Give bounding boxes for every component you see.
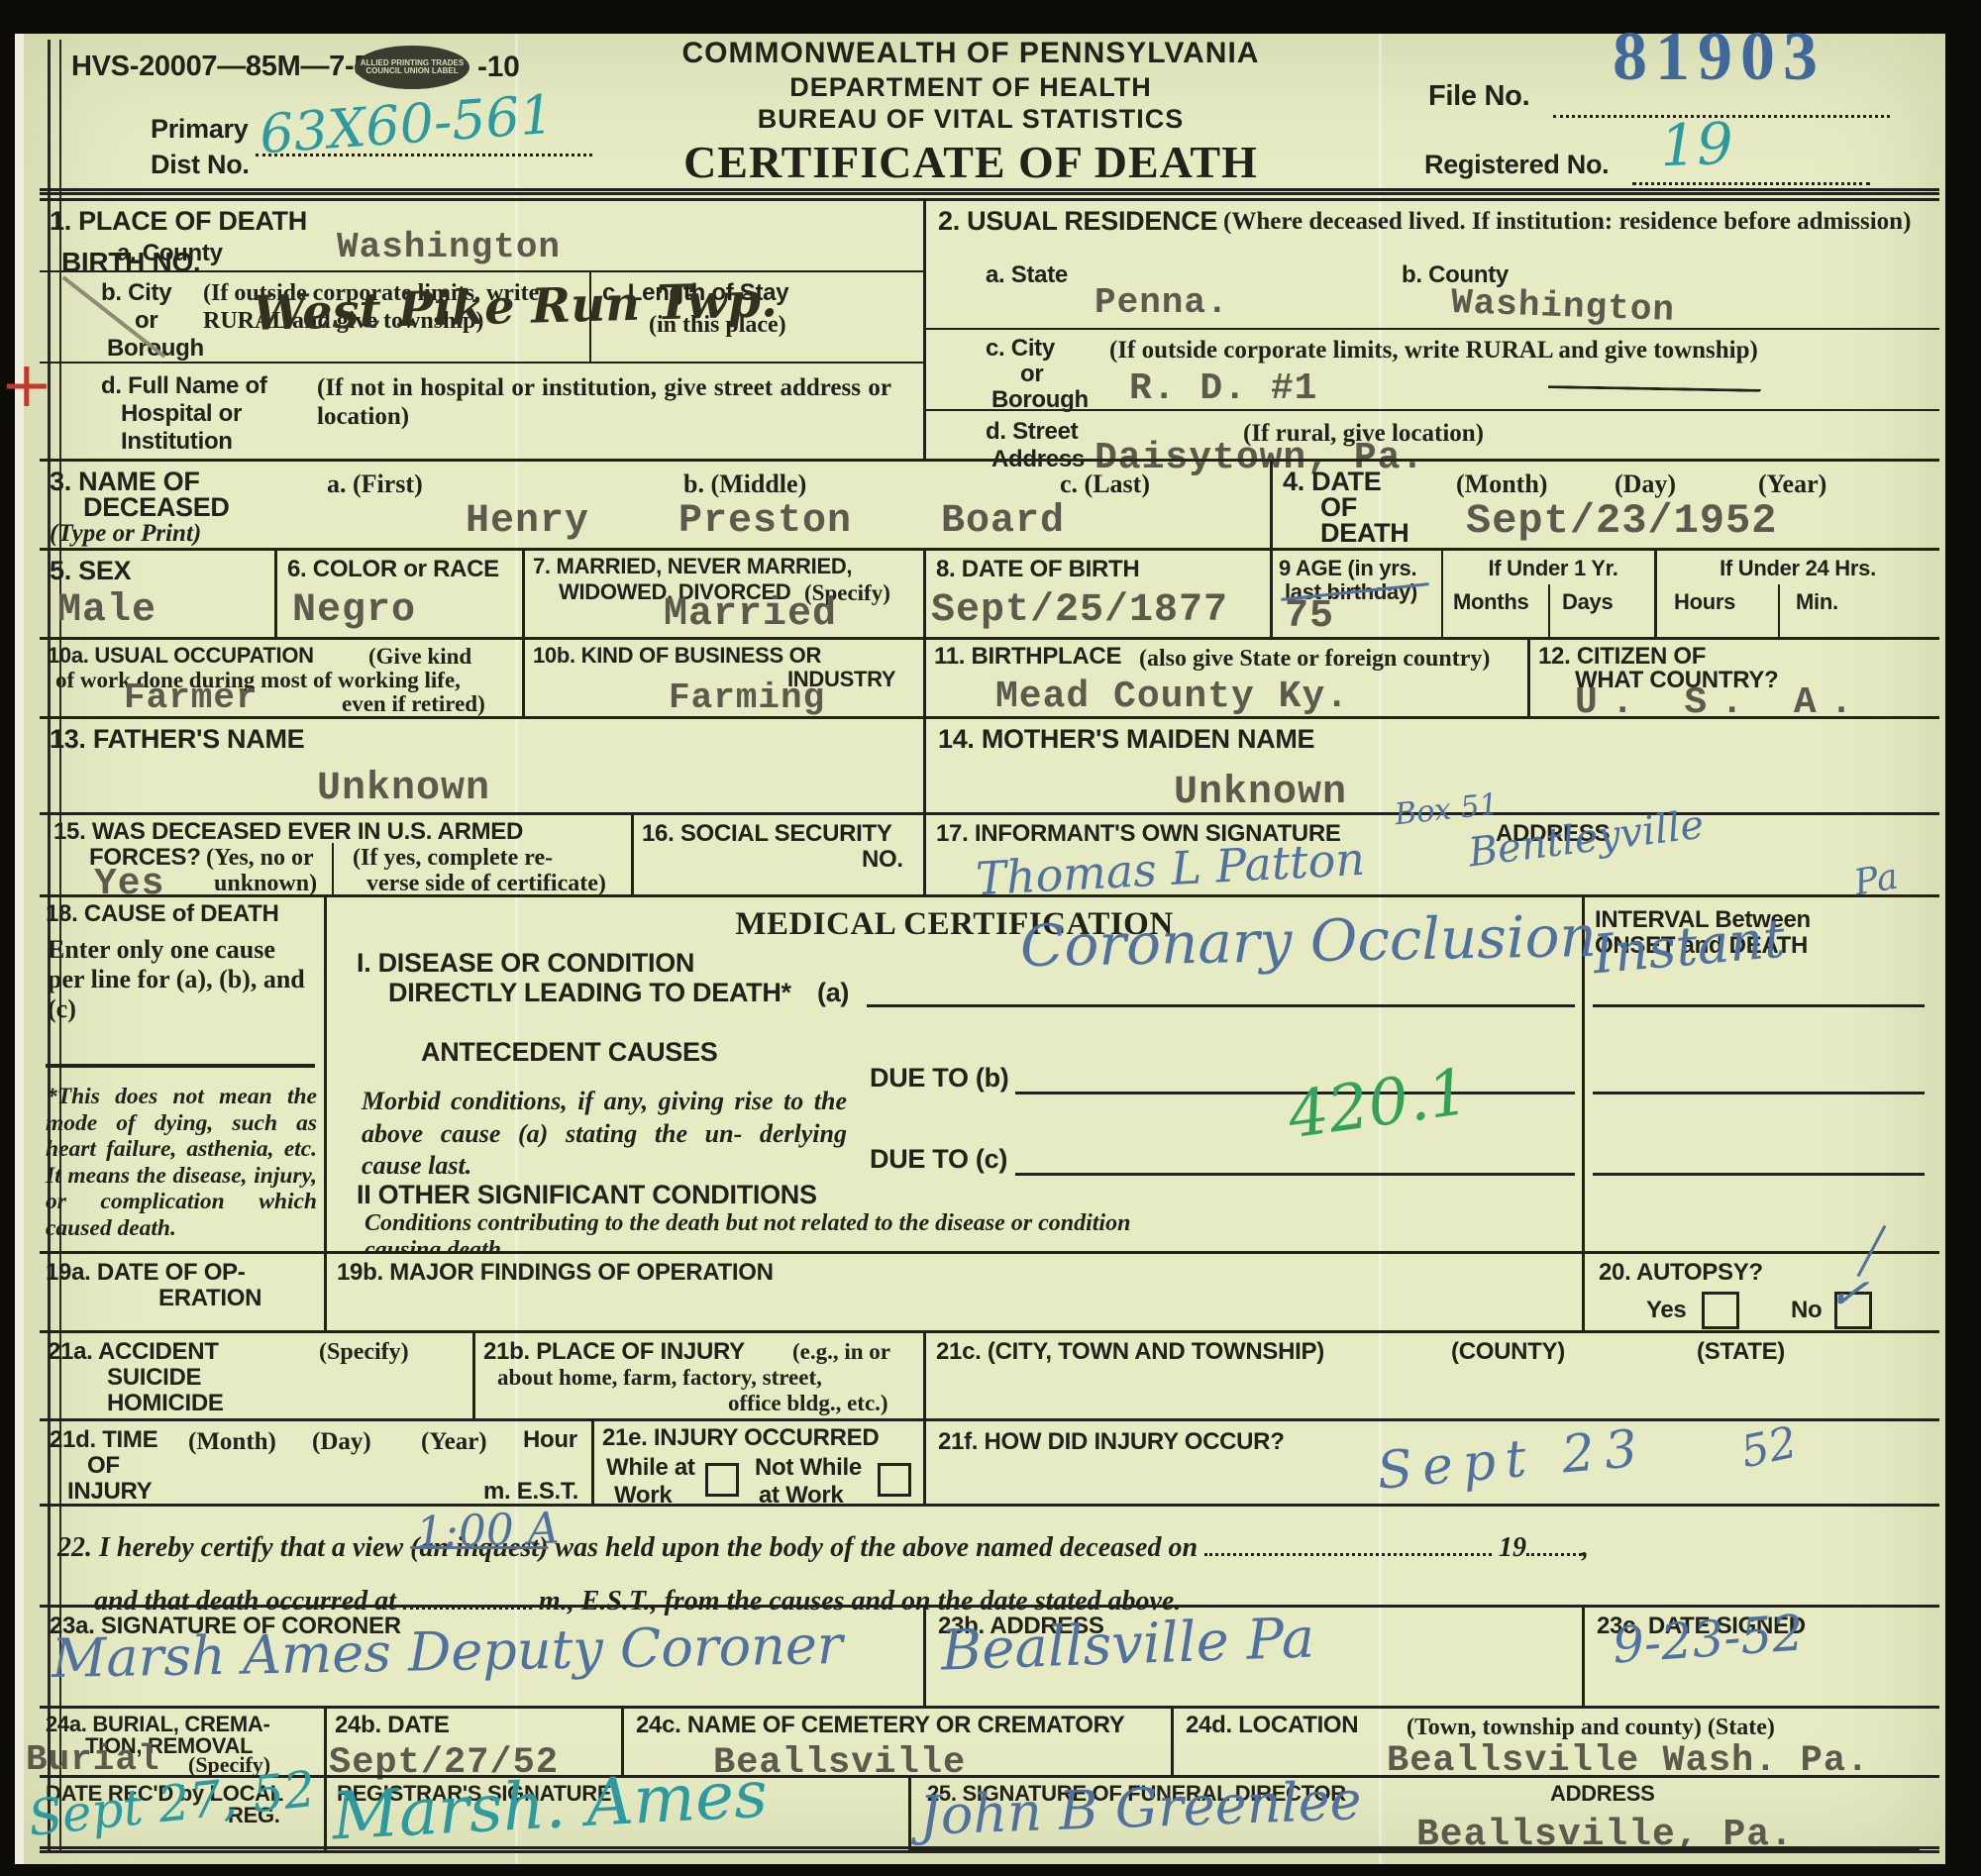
- s8-title: 8. DATE OF BIRTH: [936, 557, 1139, 581]
- section-1-place-of-death: 1. PLACE OF DEATH a. County Washington b…: [40, 201, 926, 459]
- section-20-autopsy: 20. AUTOPSY? Yes No: [1585, 1254, 1939, 1330]
- header-block: COMMONWEALTH OF PENNSYLVANIA DEPARTMENT …: [614, 38, 1327, 188]
- s18-divider: [46, 1064, 315, 1068]
- s10a-paren-1: (Give kind: [368, 644, 471, 671]
- file-no-dotted-line: [1553, 115, 1890, 118]
- s1-county-label: a. County: [117, 241, 223, 265]
- s21d-title-3: INJURY: [67, 1479, 152, 1504]
- s2-city-or: or: [1020, 362, 1043, 386]
- interval-column: INTERVAL Between ONSET and DEATH: [1585, 897, 1939, 1251]
- autopsy-yes-checkbox: [1702, 1292, 1739, 1329]
- section-16-ssn: 16. SOCIAL SECURITY NO.: [634, 815, 926, 894]
- medical-a-tag: (a): [817, 979, 849, 1007]
- s24d-paren: (Town, township and county) (State): [1407, 1715, 1775, 1742]
- header-line2: DEPARTMENT OF HEALTH: [614, 73, 1327, 102]
- s1-county-value: Washington: [337, 227, 561, 267]
- s7-title-1: 7. MARRIED, NEVER MARRIED,: [533, 555, 852, 577]
- s24a-specify: (Specify): [188, 1752, 270, 1778]
- band-sex-race-marital: 5. SEX Male 6. COLOR or RACE Negro 7. MA…: [40, 548, 1939, 637]
- header-line3: BUREAU OF VITAL STATISTICS: [614, 105, 1327, 134]
- s9-under-24hr-label: If Under 24 Hrs.: [1664, 557, 1931, 579]
- paper-edge: [15, 34, 24, 1864]
- section-5-sex: 5. SEX Male: [40, 551, 277, 637]
- section-21d-time-of-injury: 21d. TIME (Month) (Day) (Year) Hour OF I…: [40, 1421, 594, 1504]
- section-21b-place-of-injury: 21b. PLACE OF INJURY (e.g., in or about …: [475, 1333, 926, 1418]
- section-18-cause-of-death: 18. CAUSE of DEATH Enter only one cause …: [40, 897, 327, 1251]
- autopsy-no-checkbox: [1834, 1292, 1872, 1329]
- band-place-residence: 1. PLACE OF DEATH a. County Washington b…: [40, 198, 1939, 459]
- s18-note-1: Enter only one cause per line for (a), (…: [48, 935, 313, 1024]
- s6-value: Negro: [292, 588, 416, 633]
- s1-title: 1. PLACE OF DEATH: [50, 207, 307, 236]
- s21f-title: 21f. HOW DID INJURY OCCUR?: [938, 1429, 1285, 1454]
- date-received-label-2: REG.: [228, 1804, 280, 1826]
- medical-ii-label: II OTHER SIGNIFICANT CONDITIONS: [357, 1181, 817, 1209]
- band-name-dod: 3. NAME OF DECEASED (Type or Print) a. (…: [40, 459, 1939, 548]
- s21a-title-3: HOMICIDE: [107, 1391, 224, 1415]
- medical-a-line: [867, 1004, 1575, 1007]
- funeral-director-address-label: ADDRESS: [1550, 1782, 1654, 1805]
- s15-paren1a: (Yes, no or: [206, 845, 314, 873]
- section-24c-cemetery: 24c. NAME OF CEMETERY OR CREMATORY Beall…: [624, 1709, 1174, 1775]
- s24a-title-1: 24a. BURIAL, CREMA-: [46, 1713, 270, 1735]
- s21c-state-label: (STATE): [1697, 1339, 1785, 1364]
- medical-certification-cell: MEDICAL CERTIFICATION I. DISEASE OR COND…: [327, 897, 1585, 1251]
- section-15-armed-forces: 15. WAS DECEASED EVER IN U.S. ARMED FORC…: [40, 815, 634, 894]
- s21d-day-label: (Day): [312, 1427, 371, 1456]
- s11-value: Mead County Ky.: [995, 676, 1349, 718]
- section-10a-occupation: 10a. USUAL OCCUPATION (Give kind of work…: [40, 640, 525, 716]
- union-label-seal: ALLIED PRINTING TRADES COUNCIL UNION LAB…: [355, 46, 469, 89]
- funeral-director-cell: 25. SIGNATURE OF FUNERAL DIRECTOR ADDRES…: [911, 1778, 1939, 1852]
- section-24a-burial: 24a. BURIAL, CREMA- TION, REMOVAL (Speci…: [40, 1709, 327, 1775]
- medical-i-label-2: DIRECTLY LEADING TO DEATH*: [388, 979, 791, 1007]
- s19a-title-2: ERATION: [158, 1286, 261, 1310]
- s22-text-pre: 22. I hereby certify that a view: [57, 1532, 403, 1563]
- section-23b-address: 23b. ADDRESS: [926, 1608, 1585, 1706]
- s13-value: Unknown: [317, 767, 490, 811]
- s6-title: 6. COLOR or RACE: [287, 557, 499, 581]
- s21d-year-label: (Year): [421, 1427, 487, 1456]
- s16-title-1: 16. SOCIAL SECURITY: [642, 821, 892, 846]
- section-2-usual-residence: 2. USUAL RESIDENCE (Where deceased lived…: [926, 201, 1939, 459]
- s24b-title: 24b. DATE: [335, 1713, 450, 1737]
- s9-age-value: 75: [1285, 594, 1334, 639]
- s18-title: 18. CAUSE of DEATH: [46, 901, 279, 926]
- registered-no-label: Registered No.: [1424, 151, 1609, 179]
- section-21a-accident: 21a. ACCIDENT (Specify) SUICIDE HOMICIDE: [40, 1333, 475, 1418]
- medical-c-line: [1015, 1173, 1575, 1176]
- s23a-title: 23a. SIGNATURE OF CORONER: [50, 1614, 401, 1638]
- s3-title-2: DECEASED: [83, 493, 230, 522]
- section-19b-major-findings: 19b. MAJOR FINDINGS OF OPERATION: [327, 1254, 1585, 1330]
- medical-morbid-note: Morbid conditions, if any, giving rise t…: [362, 1086, 847, 1183]
- s18-note-2: *This does not mean the mode of dying, s…: [46, 1084, 317, 1241]
- medical-certification-title: MEDICAL CERTIFICATION: [327, 905, 1582, 943]
- section-21e-injury-occurred: 21e. INJURY OCCURRED While at Work Not W…: [594, 1421, 926, 1504]
- death-certificate-page: HVS-20007—85M—7-50 ALLIED PRINTING TRADE…: [0, 0, 1981, 1876]
- file-no-label: File No.: [1428, 81, 1529, 112]
- s3-first-label: a. (First): [327, 469, 423, 499]
- band-forces-ssn-informant: 15. WAS DECEASED EVER IN U.S. ARMED FORC…: [40, 812, 1939, 894]
- s9-title-1: 9 AGE (in yrs.: [1279, 557, 1416, 579]
- s1-length-of-stay-paren: (in this place): [649, 312, 786, 340]
- section-24d-location: 24d. LOCATION (Town, township and county…: [1174, 1709, 1939, 1775]
- s21a-title-2: SUICIDE: [107, 1365, 201, 1390]
- s4-year-label: (Year): [1758, 469, 1826, 499]
- section-23c-date-signed: 23c. DATE SIGNED: [1585, 1608, 1939, 1706]
- s10a-value: Farmer: [124, 677, 259, 718]
- s17-address-label: ADDRESS: [1496, 821, 1610, 846]
- s2-city-paren: (If outside corporate limits, write RURA…: [1109, 336, 1823, 365]
- section-21c-city-county-state: 21c. (CITY, TOWN AND TOWNSHIP) (COUNTY) …: [926, 1333, 1939, 1418]
- section-3-name-of-deceased: 3. NAME OF DECEASED (Type or Print) a. (…: [40, 462, 1273, 548]
- s24c-title: 24c. NAME OF CEMETERY OR CREMATORY: [636, 1713, 1124, 1737]
- s2-title: 2. USUAL RESIDENCE: [938, 207, 1217, 236]
- s24d-title: 24d. LOCATION: [1186, 1713, 1358, 1737]
- s21a-specify: (Specify): [319, 1339, 409, 1367]
- s1-length-of-stay-label: c. Length of Stay: [602, 280, 788, 305]
- band-registrar: DATE REC'D by LOCAL REG. REGISTRAR'S SIG…: [40, 1775, 1939, 1852]
- s7-value: Married: [664, 592, 837, 637]
- band-medical-certification: 18. CAUSE of DEATH Enter only one cause …: [40, 894, 1939, 1251]
- band-occupation-birthplace: 10a. USUAL OCCUPATION (Give kind of work…: [40, 637, 1939, 716]
- band-time-of-injury: 21d. TIME (Month) (Day) (Year) Hour OF I…: [40, 1418, 1939, 1504]
- s21b-paren-2: about home, farm, factory, street,: [497, 1365, 822, 1392]
- s14-value: Unknown: [1174, 771, 1347, 815]
- s22-comma: ,: [1582, 1532, 1589, 1563]
- s21d-mest-label: m. E.S.T.: [483, 1479, 578, 1504]
- s16-title-2: NO.: [862, 847, 903, 872]
- s11-title: 11. BIRTHPLACE: [934, 644, 1121, 669]
- s3-first-value: Henry: [466, 499, 589, 544]
- section-7-marital-status: 7. MARRIED, NEVER MARRIED, WIDOWED, DIVO…: [525, 551, 926, 637]
- band-burial: 24a. BURIAL, CREMA- TION, REMOVAL (Speci…: [40, 1706, 1939, 1775]
- s1-city-label: b. City: [101, 280, 171, 305]
- s17-title: 17. INFORMANT'S OWN SIGNATURE: [936, 821, 1341, 846]
- s21e-notwhile-label-1: Not While: [755, 1455, 862, 1480]
- section-12-citizen: 12. CITIZEN OF WHAT COUNTRY? U. S. A.: [1530, 640, 1939, 716]
- section-9-age: 9 AGE (in yrs. last birthday) 75 If Unde…: [1273, 551, 1939, 637]
- s22-year-dotted-line: [1526, 1522, 1582, 1556]
- section-22-certify-statement: 22. I hereby certify that a view (an inq…: [40, 1507, 1939, 1605]
- s8-value: Sept/25/1877: [931, 588, 1228, 633]
- section-23a-coroner-signature: 23a. SIGNATURE OF CORONER: [40, 1608, 926, 1706]
- union-label-seal-text: ALLIED PRINTING TRADES COUNCIL UNION LAB…: [355, 59, 469, 75]
- section-21f-how-injury-occurred: 21f. HOW DID INJURY OCCUR?: [926, 1421, 1939, 1504]
- s12-title-1: 12. CITIZEN OF: [1538, 644, 1706, 669]
- s5-value: Male: [57, 588, 156, 633]
- s21c-title: 21c. (CITY, TOWN AND TOWNSHIP): [936, 1339, 1324, 1364]
- s21e-while-label-1: While at: [606, 1455, 695, 1480]
- s1-borough-label: Borough: [107, 336, 204, 361]
- injury-not-while-at-work-checkbox: [878, 1463, 911, 1497]
- section-8-date-of-birth: 8. DATE OF BIRTH Sept/25/1877: [926, 551, 1273, 637]
- section-17-informant: 17. INFORMANT'S OWN SIGNATURE ADDRESS: [926, 815, 1939, 894]
- s9-under-1yr-label: If Under 1 Yr.: [1451, 557, 1655, 579]
- give-township-underline: [1548, 385, 1761, 392]
- s14-title: 14. MOTHER'S MAIDEN NAME: [938, 725, 1314, 754]
- s1-hospital-paren: (If not in hospital or institution, give…: [317, 373, 891, 431]
- s1-city-or: or: [135, 308, 157, 333]
- band-coroner-certification: 22. I hereby certify that a view (an inq…: [40, 1504, 1939, 1605]
- band-coroner-signature: 23a. SIGNATURE OF CORONER 23b. ADDRESS 2…: [40, 1605, 1939, 1706]
- s1-hospital-label-2: Hospital or: [121, 401, 242, 426]
- s22-nineteen: 19: [1499, 1532, 1526, 1563]
- section-11-birthplace: 11. BIRTHPLACE (also give State or forei…: [926, 640, 1530, 716]
- s10a-title: 10a. USUAL OCCUPATION: [48, 644, 314, 667]
- s3-last-label: c. (Last): [1060, 469, 1150, 499]
- s9-min-label: Min.: [1796, 590, 1838, 613]
- section-19a-date-of-operation: 19a. DATE OF OP- ERATION: [40, 1254, 327, 1330]
- medical-due-to-c: DUE TO (c): [870, 1145, 1007, 1174]
- medical-conditions-note: Conditions contributing to the death but…: [365, 1210, 1147, 1251]
- medical-due-to-b: DUE TO (b): [870, 1064, 1009, 1093]
- s21b-paren-1: (e.g., in or: [792, 1339, 890, 1366]
- s21b-title: 21b. PLACE OF INJURY: [483, 1339, 745, 1364]
- s15-title-1: 15. WAS DECEASED EVER IN U.S. ARMED: [53, 819, 523, 844]
- medical-b-line: [1015, 1092, 1575, 1094]
- s22-line-1: 22. I hereby certify that a view (an inq…: [57, 1522, 1589, 1564]
- s3-last-value: Board: [941, 499, 1065, 544]
- band-accident: 21a. ACCIDENT (Specify) SUICIDE HOMICIDE…: [40, 1330, 1939, 1418]
- s1-hospital-label-1: d. Full Name of: [101, 373, 267, 398]
- interval-line-b: [1593, 1092, 1925, 1094]
- s21d-month-label: (Month): [188, 1427, 276, 1456]
- s21d-title-1: 21d. TIME: [50, 1427, 157, 1452]
- s5-title: 5. SEX: [50, 557, 131, 585]
- s23c-title: 23c. DATE SIGNED: [1597, 1614, 1806, 1638]
- form-number: HVS-20007—85M—7-50: [71, 52, 385, 82]
- primary-dist-label-2: Dist No.: [151, 151, 250, 179]
- s2-paren: (Where deceased lived. If institution: r…: [1223, 207, 1917, 236]
- s20-no-label: No: [1791, 1298, 1822, 1322]
- medical-antecedent-label: ANTECEDENT CAUSES: [421, 1038, 717, 1067]
- primary-dist-label-1: Primary: [151, 115, 248, 144]
- s19a-title-1: 19a. DATE OF OP-: [46, 1260, 245, 1285]
- section-24b-date: 24b. DATE Sept/27/52: [327, 1709, 624, 1775]
- s11-paren: (also give State or foreign country): [1139, 646, 1490, 674]
- interval-line-a: [1593, 1004, 1925, 1007]
- interval-label-1: INTERVAL Between: [1595, 907, 1811, 932]
- registrar-signature-cell: REGISTRAR'S SIGNATURE: [327, 1778, 911, 1852]
- s4-date-of-death-value: Sept/23/1952: [1466, 497, 1777, 545]
- bottom-double-rule: [40, 1846, 1939, 1853]
- certificate-title: CERTIFICATE OF DEATH: [614, 136, 1327, 188]
- s2-state-value: Penna.: [1095, 282, 1229, 323]
- registrar-signature-label: REGISTRAR'S SIGNATURE: [337, 1782, 611, 1805]
- band-parents: 13. FATHER'S NAME Unknown 14. MOTHER'S M…: [40, 716, 1939, 812]
- s3-type-or-print: (Type or Print): [50, 519, 201, 548]
- s4-title-3: DEATH: [1320, 519, 1409, 548]
- section-6-color-race: 6. COLOR or RACE Negro: [277, 551, 525, 637]
- funeral-director-label: 25. SIGNATURE OF FUNERAL DIRECTOR: [927, 1782, 1346, 1805]
- s22-date-dotted-line: [1204, 1522, 1492, 1556]
- s22-struck-text: (an inquest): [410, 1532, 548, 1563]
- medical-i-label-1: I. DISEASE OR CONDITION: [357, 949, 694, 978]
- interval-label-2: ONSET and DEATH: [1595, 933, 1808, 958]
- header-line1: COMMONWEALTH OF PENNSYLVANIA: [614, 38, 1327, 69]
- header-divider-rule: [40, 188, 1939, 195]
- primary-dist-dotted-line: [256, 154, 592, 156]
- s10b-value: Farming: [669, 677, 825, 718]
- injury-while-at-work-checkbox: [705, 1463, 739, 1497]
- s10b-title-1: 10b. KIND OF BUSINESS OR: [533, 644, 821, 667]
- s21d-hour-label: Hour: [523, 1427, 577, 1452]
- s2-state-label: a. State: [986, 262, 1068, 287]
- s10a-paren-3: even if retired): [342, 691, 485, 718]
- date-received-label-1: DATE REC'D by LOCAL: [46, 1782, 283, 1805]
- section-13-father: 13. FATHER'S NAME Unknown: [40, 719, 926, 812]
- s9-hours-label: Hours: [1674, 590, 1735, 613]
- s21a-title-1: 21a. ACCIDENT: [48, 1339, 219, 1364]
- s22-text-post: was held upon the body of the above name…: [555, 1532, 1198, 1563]
- s1-hospital-label-3: Institution: [121, 429, 233, 454]
- s20-title: 20. AUTOPSY?: [1599, 1260, 1763, 1285]
- interval-line-c: [1593, 1173, 1925, 1176]
- s13-title: 13. FATHER'S NAME: [50, 725, 304, 754]
- s4-month-label: (Month): [1456, 469, 1547, 499]
- s20-yes-label: Yes: [1646, 1298, 1686, 1322]
- s23b-title: 23b. ADDRESS: [938, 1614, 1104, 1638]
- s9-days-label: Days: [1562, 590, 1613, 613]
- s9-months-label: Months: [1453, 590, 1528, 613]
- s3-middle-label: b. (Middle): [683, 469, 806, 499]
- s4-day-label: (Day): [1615, 469, 1676, 499]
- section-4-date-of-death: 4. DATE OF DEATH (Month) (Day) (Year) Se…: [1273, 462, 1939, 548]
- seal-suffix: -10: [477, 52, 519, 83]
- s21e-title: 21e. INJURY OCCURRED: [602, 1425, 879, 1450]
- s2-county-value: Washington: [1450, 282, 1675, 331]
- s21c-county-label: (COUNTY): [1451, 1339, 1565, 1364]
- s21b-paren-3: office bldg., etc.): [728, 1391, 888, 1417]
- s1-city-paren: (If outside corporate limits, write RURA…: [203, 280, 579, 336]
- s2-city-label: c. City: [986, 336, 1055, 361]
- s2-city-value: R. D. #1: [1129, 367, 1317, 410]
- section-14-mother: 14. MOTHER'S MAIDEN NAME Unknown: [926, 719, 1939, 812]
- s2-street-label-1: d. Street: [986, 419, 1078, 444]
- registered-no-dotted-line: [1632, 182, 1870, 185]
- s15-paren2a: (If yes, complete re-: [353, 845, 553, 873]
- s19b-title: 19b. MAJOR FINDINGS OF OPERATION: [337, 1260, 774, 1285]
- s21d-title-2: OF: [87, 1453, 120, 1478]
- date-received-cell: DATE REC'D by LOCAL REG.: [40, 1778, 327, 1852]
- band-operation-autopsy: 19a. DATE OF OP- ERATION 19b. MAJOR FIND…: [40, 1251, 1939, 1330]
- s3-middle-value: Preston: [678, 499, 852, 544]
- section-10b-industry: 10b. KIND OF BUSINESS OR INDUSTRY Farmin…: [525, 640, 926, 716]
